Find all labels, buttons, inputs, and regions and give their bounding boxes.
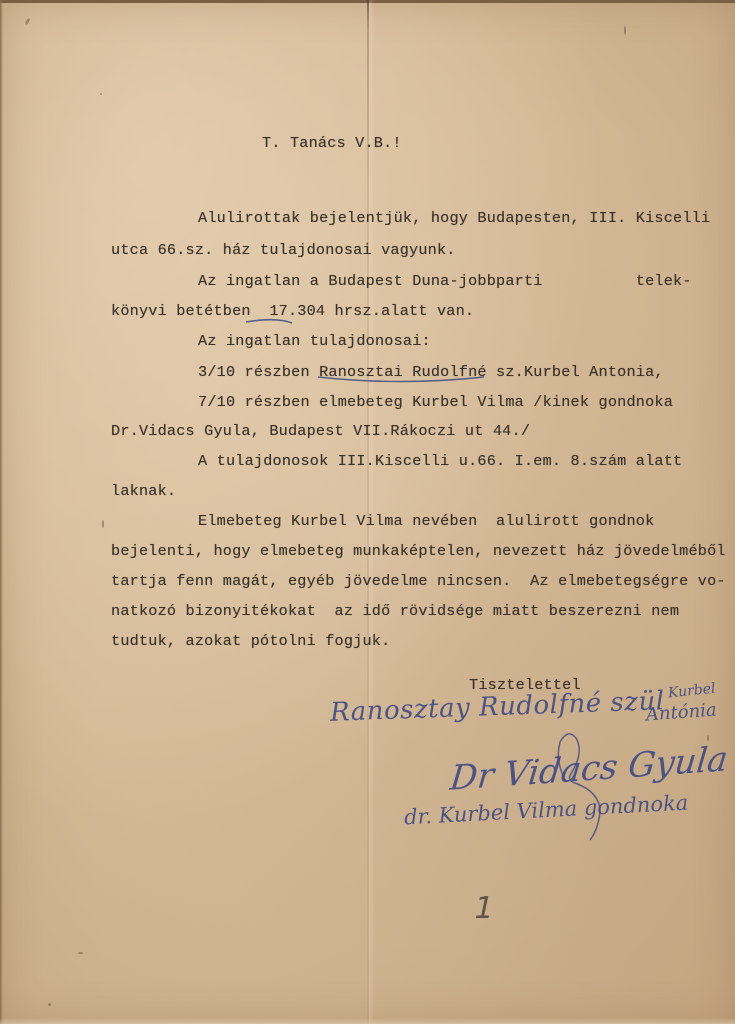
typewritten-letter: T. Tanács V.B.! Alulirottak bejelentjük,… [0,0,37,334]
body-line: Az ingatlan a Budapest Duna-jobbparti te… [198,274,692,289]
body-line: utca 66.sz. ház tulajdonosai vagyunk. [111,243,456,258]
salutation: T. Tanács V.B.! [262,136,402,151]
body-line: tudtuk, azokat pótolni fogjuk. [111,634,390,649]
signature-gondnok-line: dr. Kurbel Vilma gondnoka [404,793,689,829]
scanned-paper-page: T. Tanács V.B.! Alulirottak bejelentjük,… [0,0,735,1024]
paper-speck [100,93,102,95]
paper-speck [624,26,626,35]
body-line: bejelenti, hogy elmebeteg munkaképtelen,… [111,544,726,559]
page-number: 1 [471,894,496,924]
body-line: tartja fenn magát, egyéb jövedelme nincs… [111,574,726,589]
body-line: Az ingatlan tulajdonosai: [198,334,431,349]
paper-speck [48,1003,51,1006]
body-line: Dr.Vidacs Gyula, Budapest VII.Rákoczi ut… [111,424,530,439]
underline-hrsz-number [246,320,292,323]
body-line: 7/10 részben elmebeteg Kurbel Vilma /kin… [198,395,673,410]
paper-bottom-edge [0,1018,735,1024]
body-line: Alulirottak bejelentjük, hogy Budapesten… [198,211,710,226]
body-line: natkozó bizonyitékokat az idő rövidsége … [111,604,679,619]
paper-speck [102,520,104,528]
body-line: 3/10 részben Ranosztai Rudolfné sz.Kurbe… [198,365,664,380]
body-line: laknak. [111,484,176,499]
body-line: könyvi betétben 17.304 hrsz.alatt van. [111,304,474,319]
body-line: Elmebeteg Kurbel Vilma nevében alulirott… [198,514,654,529]
paper-speck [78,952,83,954]
body-line: A tulajdonosok III.Kiscelli u.66. I.em. … [198,454,682,469]
signature-kurbel-top: Kurbel [667,682,716,701]
signature-antonia: Antónia [645,702,717,725]
signature-ranosztay: Ranosztay Rudolfné szül [330,688,665,726]
signature-vidacs: Dr Vidacs Gyula [449,742,730,796]
